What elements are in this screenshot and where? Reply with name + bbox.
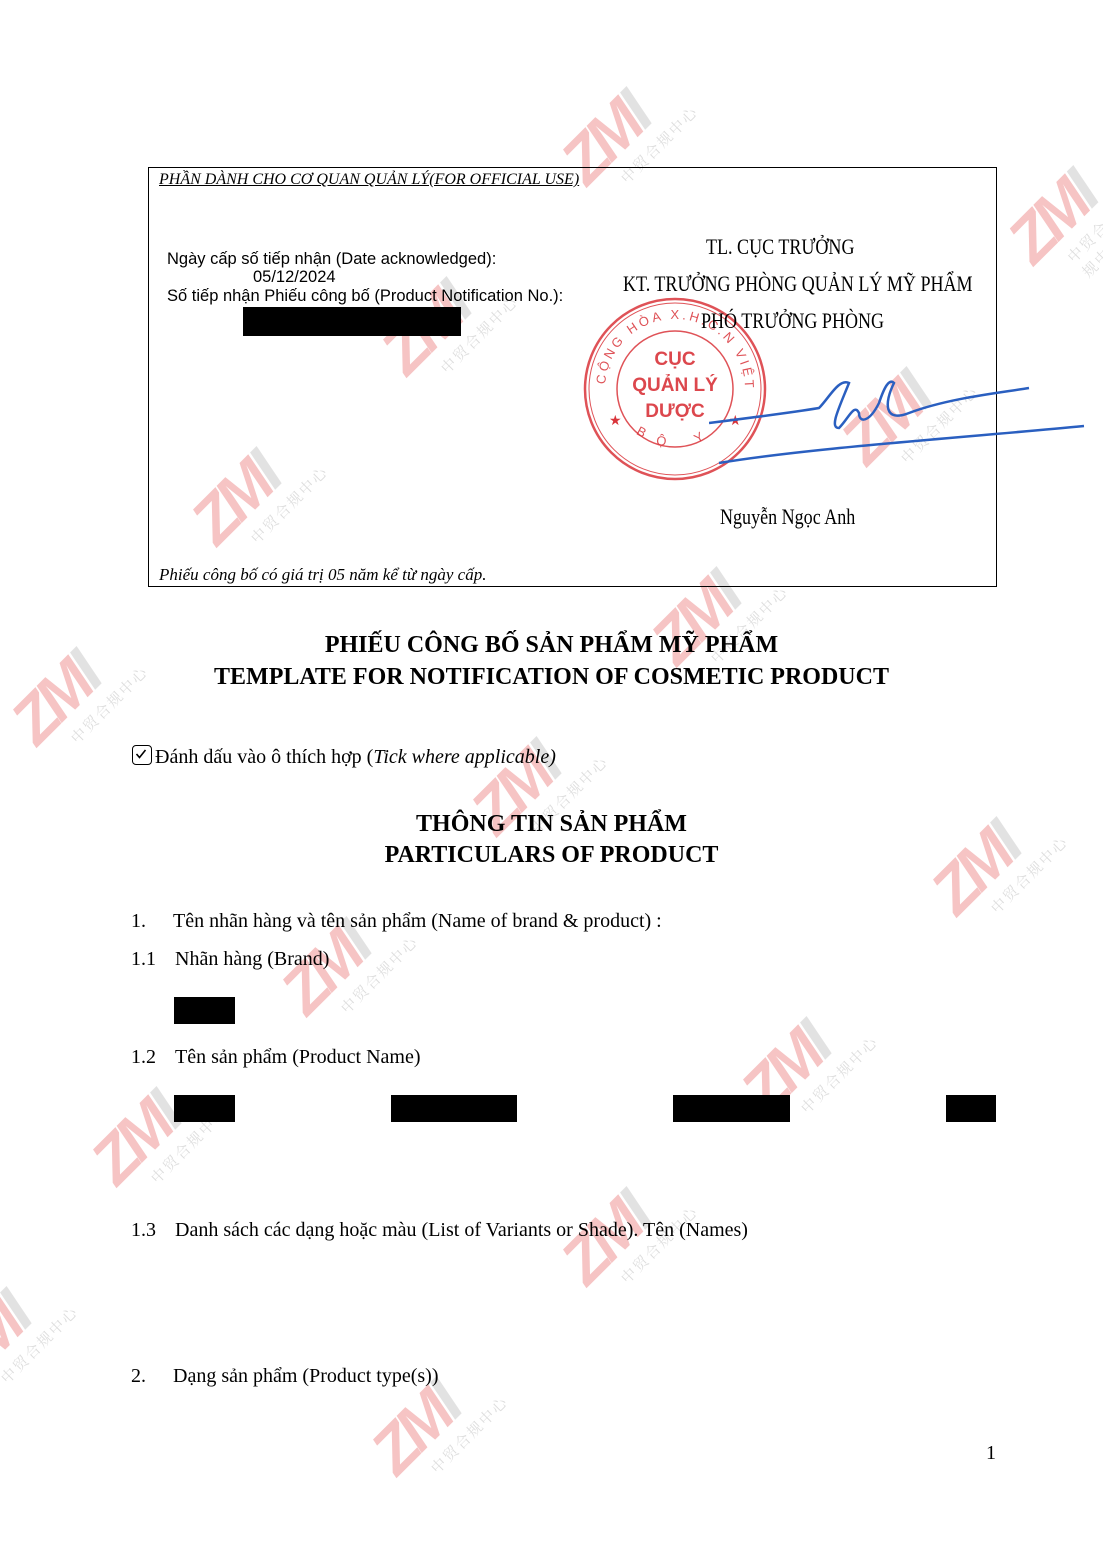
date-acknowledged-value: 05/12/2024: [253, 268, 336, 287]
svg-text:QUẢN LÝ: QUẢN LÝ: [632, 374, 718, 396]
validity-note: Phiếu công bố có giá trị 05 năm kể từ ng…: [159, 565, 486, 585]
item-1-1-brand: 1.1Nhãn hàng (Brand): [131, 948, 329, 971]
handwritten-signature: [709, 368, 1089, 468]
tick-instruction: Đánh dấu vào ô thích hợp (Tick where app…: [132, 745, 556, 769]
official-use-box: PHẦN DÀNH CHO CƠ QUAN QUẢN LÝ(FOR OFFICI…: [148, 167, 997, 587]
redacted-product-name-1: [174, 1095, 235, 1122]
signatory-line-3: PHÓ TRƯỞNG PHÒNG: [701, 308, 884, 334]
watermark: ZMI中贸合规中心: [79, 1056, 232, 1209]
official-use-title: PHẦN DÀNH CHO CƠ QUAN QUẢN LÝ(FOR OFFICI…: [159, 171, 579, 189]
item-1-3-variants: 1.3Danh sách các dạng hoặc màu (List of …: [131, 1219, 748, 1242]
redacted-notification-number: [243, 307, 461, 336]
item-1-2-product-name: 1.2Tên sản phẩm (Product Name): [131, 1046, 420, 1069]
redacted-brand-name: [174, 997, 235, 1024]
notification-number-label: Số tiếp nhận Phiếu công bố (Product Noti…: [167, 287, 563, 306]
checkbox-checked-icon: [132, 745, 152, 765]
section-title-vi: THÔNG TIN SẢN PHẨM: [0, 808, 1103, 840]
tick-instruction-vi: Đánh dấu vào ô thích hợp (: [155, 746, 373, 768]
item-1: 1.Tên nhãn hàng và tên sản phẩm (Name of…: [131, 910, 662, 933]
redacted-product-name-4: [946, 1095, 996, 1122]
watermark: ZMI中贸合规中心: [996, 163, 1103, 303]
signatory-name: Nguyễn Ngọc Anh: [720, 504, 855, 530]
tick-instruction-en: Tick where applicable): [373, 746, 556, 768]
signatory-line-1: TL. CỤC TRƯỞNG: [706, 234, 854, 260]
signatory-line-2: KT. TRƯỞNG PHÒNG QUẢN LÝ MỸ PHẨM: [623, 271, 973, 297]
document-title-vi: PHIẾU CÔNG BỐ SẢN PHẨM MỸ PHẨM: [0, 629, 1103, 661]
watermark: ZMI中贸合规中心: [0, 1256, 83, 1409]
document-title-en: TEMPLATE FOR NOTIFICATION OF COSMETIC PR…: [0, 661, 1103, 693]
svg-text:CỤC: CỤC: [654, 349, 695, 370]
redacted-product-name-3: [673, 1095, 790, 1122]
item-2-product-type: 2.Dạng sản phẩm (Product type(s)): [131, 1365, 439, 1388]
svg-text:★: ★: [609, 413, 622, 429]
page-number: 1: [986, 1442, 996, 1465]
section-title-en: PARTICULARS OF PRODUCT: [0, 839, 1103, 871]
redacted-product-name-2: [391, 1095, 517, 1122]
date-acknowledged-label: Ngày cấp số tiếp nhận (Date acknowledged…: [167, 250, 496, 269]
svg-text:DƯỢC: DƯỢC: [645, 401, 705, 422]
